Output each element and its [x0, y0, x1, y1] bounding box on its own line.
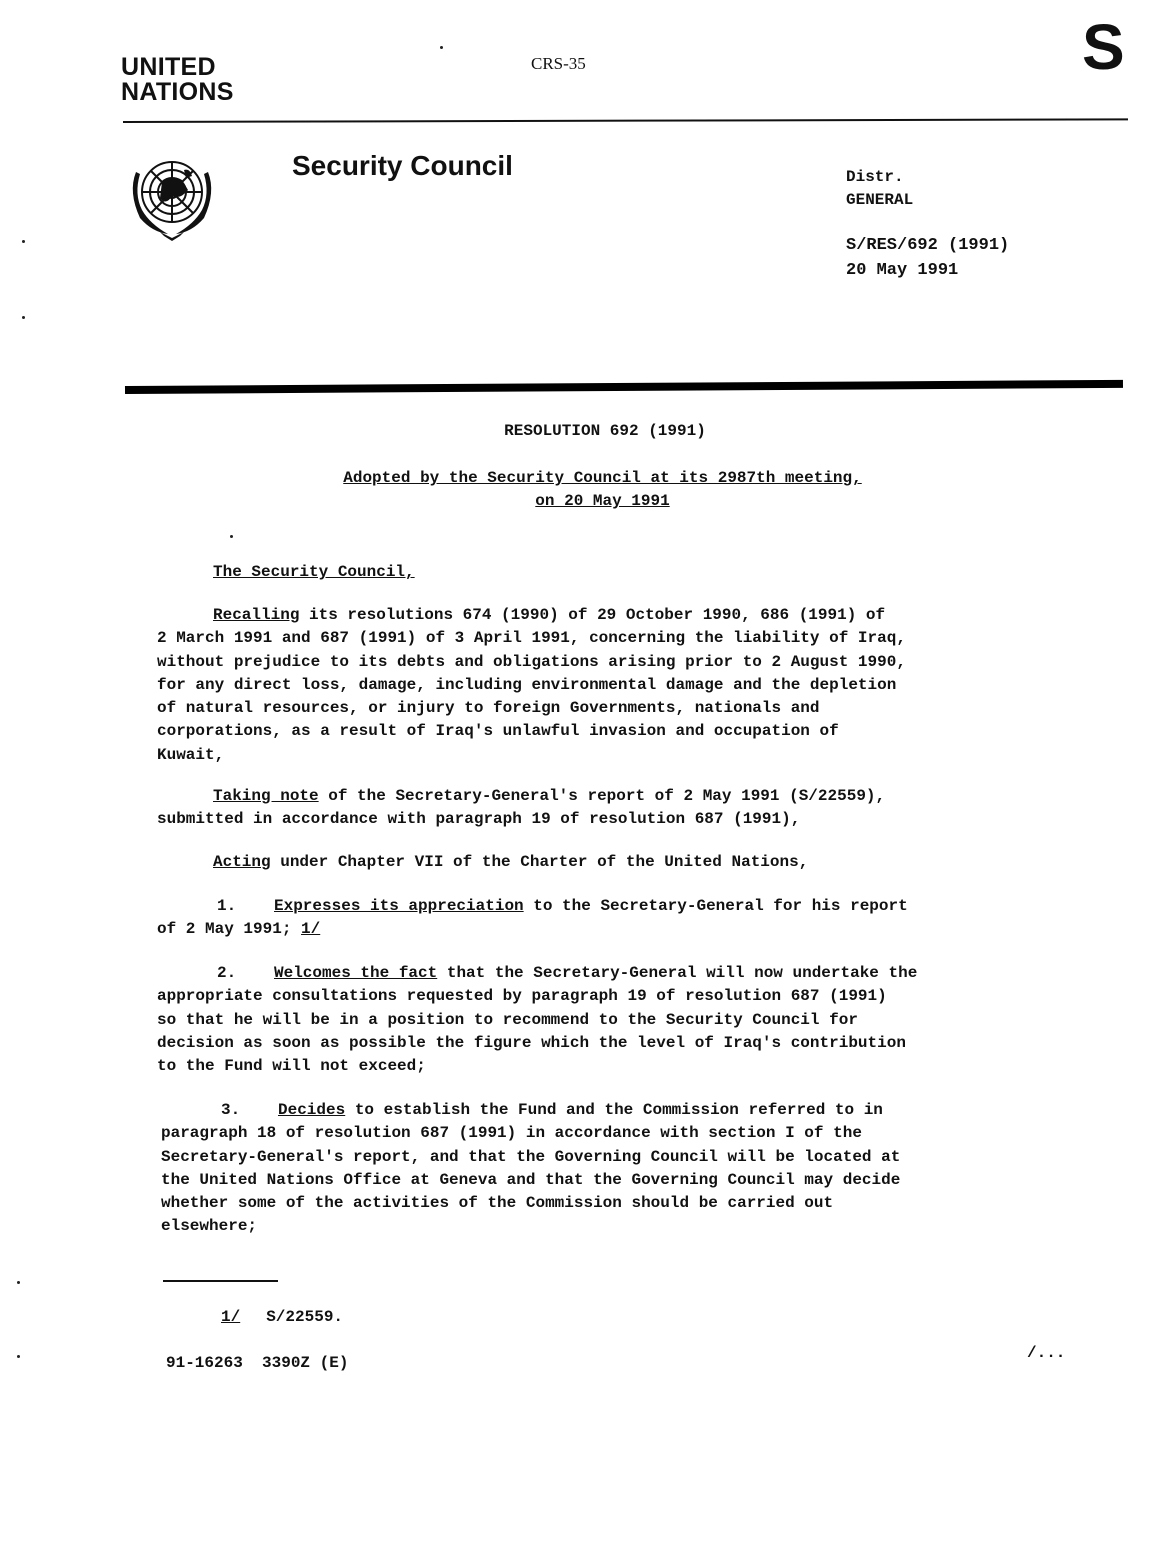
distribution-label: Distr. — [846, 166, 913, 189]
scan-speck — [17, 1281, 20, 1284]
un-emblem-icon — [122, 152, 222, 242]
paragraph-number: 3. — [221, 1099, 278, 1122]
org-name: UNITED NATIONS — [121, 55, 234, 105]
footnote-text: S/22559. — [266, 1308, 343, 1326]
adoption-line-1: Adopted by the Security Council at its 2… — [343, 469, 861, 487]
operative-lead: Decides — [278, 1101, 345, 1119]
operative-paragraph-2: 2.Welcomes the fact that the Secretary-G… — [157, 962, 1072, 1078]
scan-speck — [230, 535, 233, 538]
preamble-lead: Taking note — [213, 787, 319, 805]
scan-speck — [17, 1355, 20, 1358]
footnote-reference: 1/ — [301, 920, 320, 938]
paragraph-number: 1. — [217, 895, 274, 918]
org-name-line2: NATIONS — [121, 80, 234, 105]
organ-title: Security Council — [292, 150, 513, 182]
document-symbol: S/RES/692 (1991) — [846, 233, 1009, 258]
series-letter: S — [1082, 12, 1125, 82]
scan-speck — [22, 240, 25, 243]
preamble-lead: Acting — [213, 853, 271, 871]
preamble-taking-note: Taking note of the Secretary-General's r… — [157, 785, 1072, 832]
footnote-marker: 1/ — [221, 1308, 240, 1326]
scan-speck — [22, 316, 25, 319]
thick-divider — [125, 380, 1123, 394]
preamble-recalling: Recalling its resolutions 674 (1990) of … — [157, 604, 1072, 767]
operative-lead: Welcomes the fact — [274, 964, 437, 982]
operative-paragraph-3: 3.Decides to establish the Fund and the … — [161, 1099, 1076, 1239]
document-symbol-block: S/RES/692 (1991) 20 May 1991 — [846, 233, 1009, 283]
opening-text: The Security Council, — [213, 563, 415, 581]
preamble-text: its resolutions 674 (1990) of 29 October… — [157, 606, 906, 764]
header-rule — [123, 118, 1128, 123]
paragraph-number: 2. — [217, 962, 274, 985]
document-date: 20 May 1991 — [846, 258, 1009, 283]
preamble-text: under Chapter VII of the Charter of the … — [271, 853, 809, 871]
distribution-value: GENERAL — [846, 189, 913, 212]
adoption-line-2: on 20 May 1991 — [535, 492, 669, 510]
preamble-acting: Acting under Chapter VII of the Charter … — [157, 851, 1072, 874]
org-name-line1: UNITED — [121, 55, 234, 80]
adoption-line: Adopted by the Security Council at its 2… — [0, 467, 1166, 513]
preamble-lead: Recalling — [213, 606, 299, 624]
scan-speck — [440, 46, 443, 49]
control-code: CRS-35 — [531, 54, 586, 74]
operative-paragraph-1: 1.Expresses its appreciation to the Secr… — [157, 895, 1072, 942]
footnote: 1/S/22559. — [221, 1308, 343, 1326]
resolution-title: RESOLUTION 692 (1991) — [0, 422, 1166, 440]
distribution-block: Distr. GENERAL — [846, 166, 913, 212]
continuation-mark: /... — [1027, 1344, 1065, 1362]
footnote-rule — [163, 1280, 278, 1282]
operative-lead: Expresses its appreciation — [274, 897, 524, 915]
job-number: 91-16263 3390Z (E) — [166, 1354, 348, 1372]
opening-clause: The Security Council, — [157, 561, 1072, 584]
